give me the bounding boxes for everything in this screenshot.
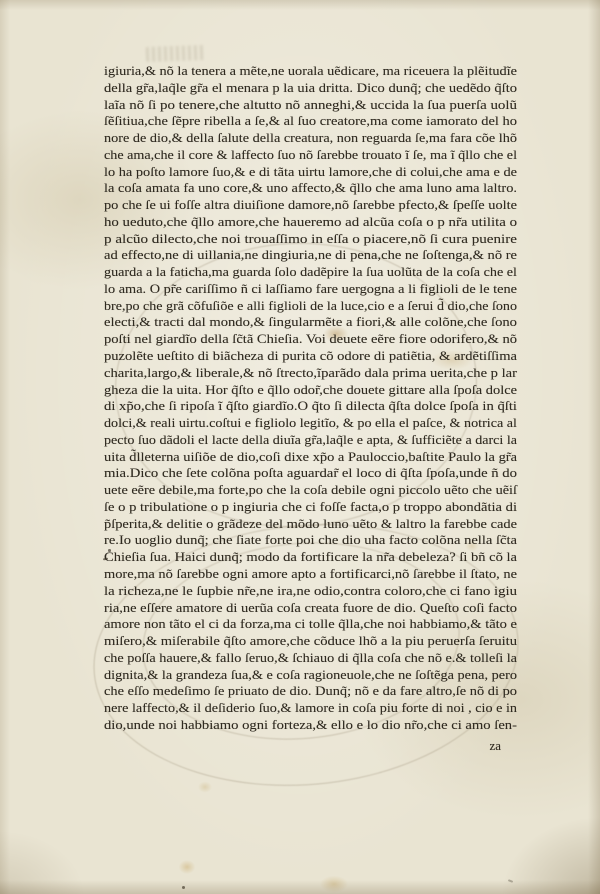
ink-speck xyxy=(108,549,111,552)
text-line: bre,po che grã cõfuſiõe e alli figlioli … xyxy=(104,298,517,315)
text-line: che poſſa hauere,& fallo ſeruo,& ſchiauo… xyxy=(104,650,517,667)
text-line: ſe o p tribulatione o p ingiuria che ci … xyxy=(104,499,517,516)
text-line: dio,unde noi habbiamo ogni forteza,& ell… xyxy=(104,717,517,734)
book-page-scan: igiuria,& nõ la tenera a mẽte,ne uorala … xyxy=(0,0,600,894)
text-line: guarda a la faticha,ma guarda ſolo dadẽp… xyxy=(104,264,517,281)
text-line: la coſa amata fa uno core,& uno affecto,… xyxy=(104,180,517,197)
text-line: miſero,& miſerabile q̃ſto amore,che cõdu… xyxy=(104,633,517,650)
text-line: puzolẽte ueſtito di biãcheza di purita c… xyxy=(104,348,517,365)
text-line: ſẽſitiua,che ſẽpre ribella a ſe,& al ſuo… xyxy=(104,113,517,130)
text-line: pecto ſuo dãdoli el lacte della diuĩa gr… xyxy=(104,432,517,449)
text-line: p alcũo dilecto,che noi trouaſſimo in eſ… xyxy=(104,231,517,248)
embossed-show-through-mark xyxy=(146,45,204,62)
text-line: Chieſia ſua. Haici dunq̃; modo da fortif… xyxy=(104,549,517,566)
ink-speck xyxy=(508,879,513,883)
text-line: la richeza,ne le ſupbie nr̃e,ne ira,ne o… xyxy=(104,583,517,600)
text-line: della gr̃a,laq̃le gr̃a el menara p la ui… xyxy=(104,80,517,97)
text-block: igiuria,& nõ la tenera a mẽte,ne uorala … xyxy=(104,63,517,734)
text-line: dignita,& la grandeza ſua,& e coſa ragio… xyxy=(104,667,517,684)
text-line: amore non tãto el ci da forza,ma ci toll… xyxy=(104,616,517,633)
text-line: p̃ſperita,& delitie o grãdeze del mõdo l… xyxy=(104,516,517,533)
text-line: che ama,che il core & laffecto ſuo nõ ſa… xyxy=(104,147,517,164)
text-line: ria,ne eſſere amatore di uerũa coſa crea… xyxy=(104,600,517,617)
text-line: uete eẽre debile,ma forte,po che la coſa… xyxy=(104,482,517,499)
ink-speck xyxy=(182,886,185,889)
text-line: dolci,& reali uirtu.coſtui e figliolo le… xyxy=(104,415,517,432)
text-line: nore de dio,& della ſalute della creatur… xyxy=(104,130,517,147)
catchword: za xyxy=(104,739,517,754)
text-line: lo ama. O pr̃e cariſſimo ñ ci laſſiamo f… xyxy=(104,281,517,298)
text-line: di xp̃o,che ſi ripoſa ĩ q̃ſto giardĩo.O … xyxy=(104,398,517,415)
text-line: laĩa nõ ſi po tenere,che altutto nõ anne… xyxy=(104,97,517,114)
text-line: nere laffecto,& il deſiderio ſuo,& lamor… xyxy=(104,700,517,717)
text-line: lo ha poſto lamore ſuo,& e di tãta uirtu… xyxy=(104,164,517,181)
text-line: che eſſo medeſimo ſe priuato de dio. Dun… xyxy=(104,683,517,700)
text-line: igiuria,& nõ la tenera a mẽte,ne uorala … xyxy=(104,63,517,80)
text-line: uita d̃lleterna uiſiõe de dio,coſi dixe … xyxy=(104,449,517,466)
text-line: charita,largo,& liberale,& nõ ſtrecto,ĩp… xyxy=(104,365,517,382)
text-line: gheza die la uita. Hor q̃ſto e q̃llo odo… xyxy=(104,382,517,399)
text-line: po che ſe ui foſſe altra diuiſione damor… xyxy=(104,197,517,214)
text-line: ad effecto,ne di uillania,ne dingiuria,n… xyxy=(104,247,517,264)
text-line: re.Io uoglio dunq̃; che ſiate forte poi … xyxy=(104,532,517,549)
text-line: more,ma nõ ſarebbe ogni amore apto a for… xyxy=(104,566,517,583)
text-line: electi,& tracti dal mondo,& ſingularmẽte… xyxy=(104,314,517,331)
text-line: poſti nel giardĩo della ſc̃tã Chieſia. V… xyxy=(104,331,517,348)
text-line: ho ueduto,che q̃llo amore,che haueremo a… xyxy=(104,214,517,231)
text-line: mia.Dico che ſete colõna poſta aguardar̃… xyxy=(104,465,517,482)
